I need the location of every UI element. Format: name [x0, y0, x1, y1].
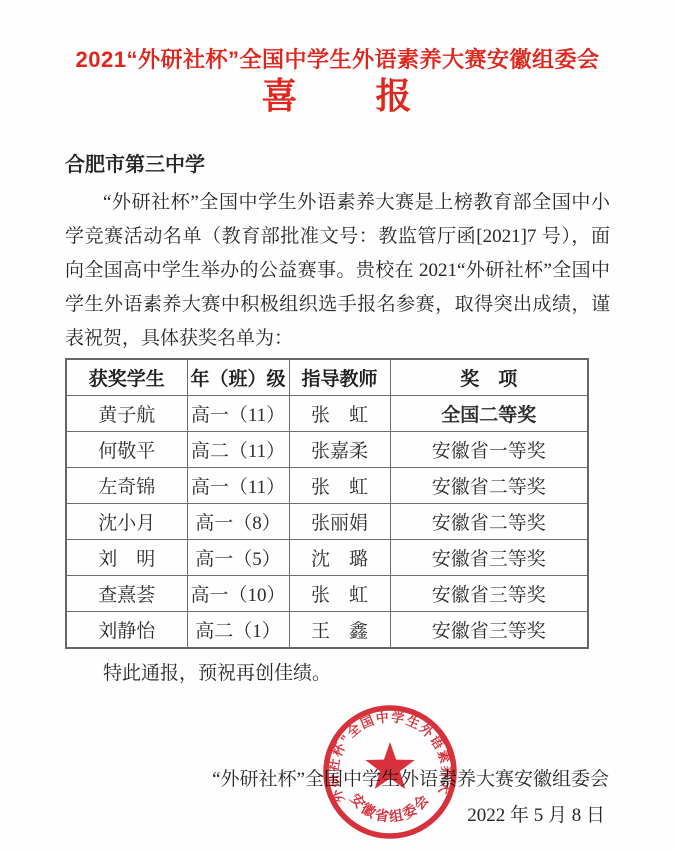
table-row: 刘静怡高二（1）王 鑫安徽省三等奖	[66, 612, 588, 649]
closing-line: 特此通报，预祝再创佳绩。	[65, 657, 610, 691]
grade-cell: 高一（11）	[187, 468, 289, 504]
table-row: 何敬平高二（11）张嘉柔安徽省一等奖	[66, 432, 588, 468]
grade-cell: 高一（5）	[187, 540, 289, 576]
awards-table-header: 获奖学生 年（班）级 指导教师 奖 项	[66, 359, 588, 396]
grade-cell: 高二（11）	[187, 432, 289, 468]
student-cell: 刘静怡	[66, 612, 187, 649]
column-grade: 年（班）级	[187, 359, 289, 396]
award-cell: 安徽省一等奖	[390, 432, 588, 468]
teacher-cell: 王 鑫	[289, 612, 390, 649]
award-cell: 安徽省三等奖	[390, 576, 588, 612]
student-cell: 何敬平	[66, 432, 187, 468]
column-teacher: 指导教师	[289, 359, 390, 396]
table-row: 沈小月高一（8）张丽娟安徽省二等奖	[66, 504, 588, 540]
seal-bottom-text: 安徽省组委会	[347, 790, 432, 825]
student-cell: 左奇锦	[66, 468, 187, 504]
award-cell: 安徽省三等奖	[390, 612, 588, 649]
student-cell: 查熹荟	[66, 576, 187, 612]
awards-table-body: 黄子航高一（11）张 虹全国二等奖何敬平高二（11）张嘉柔安徽省一等奖左奇锦高一…	[66, 396, 588, 649]
column-student: 获奖学生	[66, 359, 187, 396]
award-cell: 全国二等奖	[390, 396, 588, 432]
table-row: 左奇锦高一（11）张 虹安徽省二等奖	[66, 468, 588, 504]
awards-table: 获奖学生 年（班）级 指导教师 奖 项 黄子航高一（11）张 虹全国二等奖何敬平…	[65, 358, 589, 649]
table-row: 查熹荟高一（10）张 虹安徽省三等奖	[66, 576, 588, 612]
teacher-cell: 张嘉柔	[289, 432, 390, 468]
teacher-cell: 张 虹	[289, 396, 390, 432]
teacher-cell: 张丽娟	[289, 504, 390, 540]
grade-cell: 高一（8）	[187, 504, 289, 540]
award-cell: 安徽省二等奖	[390, 504, 588, 540]
grade-cell: 高一（10）	[187, 576, 289, 612]
award-cell: 安徽省三等奖	[390, 540, 588, 576]
table-row: 刘 明高一（5）沈 璐安徽省三等奖	[66, 540, 588, 576]
red-star-icon	[365, 742, 414, 789]
student-cell: 沈小月	[66, 504, 187, 540]
document-title: 2021“外研社杯”全国中学生外语素养大赛安徽组委会	[0, 44, 675, 76]
recipient-school-name: 合肥市第三中学	[65, 152, 610, 178]
document-page: 2021“外研社杯”全国中学生外语素养大赛安徽组委会 喜 报 合肥市第三中学 “…	[0, 0, 675, 851]
teacher-cell: 张 虹	[289, 468, 390, 504]
column-award: 奖 项	[390, 359, 588, 396]
official-seal: “外研社杯”全国中学生外语素养大赛 安徽省组委会	[320, 702, 460, 842]
award-cell: 安徽省二等奖	[390, 468, 588, 504]
document-subtitle: 喜 报	[0, 76, 675, 116]
grade-cell: 高一（11）	[187, 396, 289, 432]
table-row: 黄子航高一（11）张 虹全国二等奖	[66, 396, 588, 432]
student-cell: 黄子航	[66, 396, 187, 432]
grade-cell: 高二（1）	[187, 612, 289, 649]
header-row: 获奖学生 年（班）级 指导教师 奖 项	[66, 359, 588, 396]
teacher-cell: 沈 璐	[289, 540, 390, 576]
teacher-cell: 张 虹	[289, 576, 390, 612]
student-cell: 刘 明	[66, 540, 187, 576]
notice-paragraph: “外研社杯”全国中学生外语素养大赛是上榜教育部全国中小学竞赛活动名单（教育部批准…	[65, 186, 610, 356]
